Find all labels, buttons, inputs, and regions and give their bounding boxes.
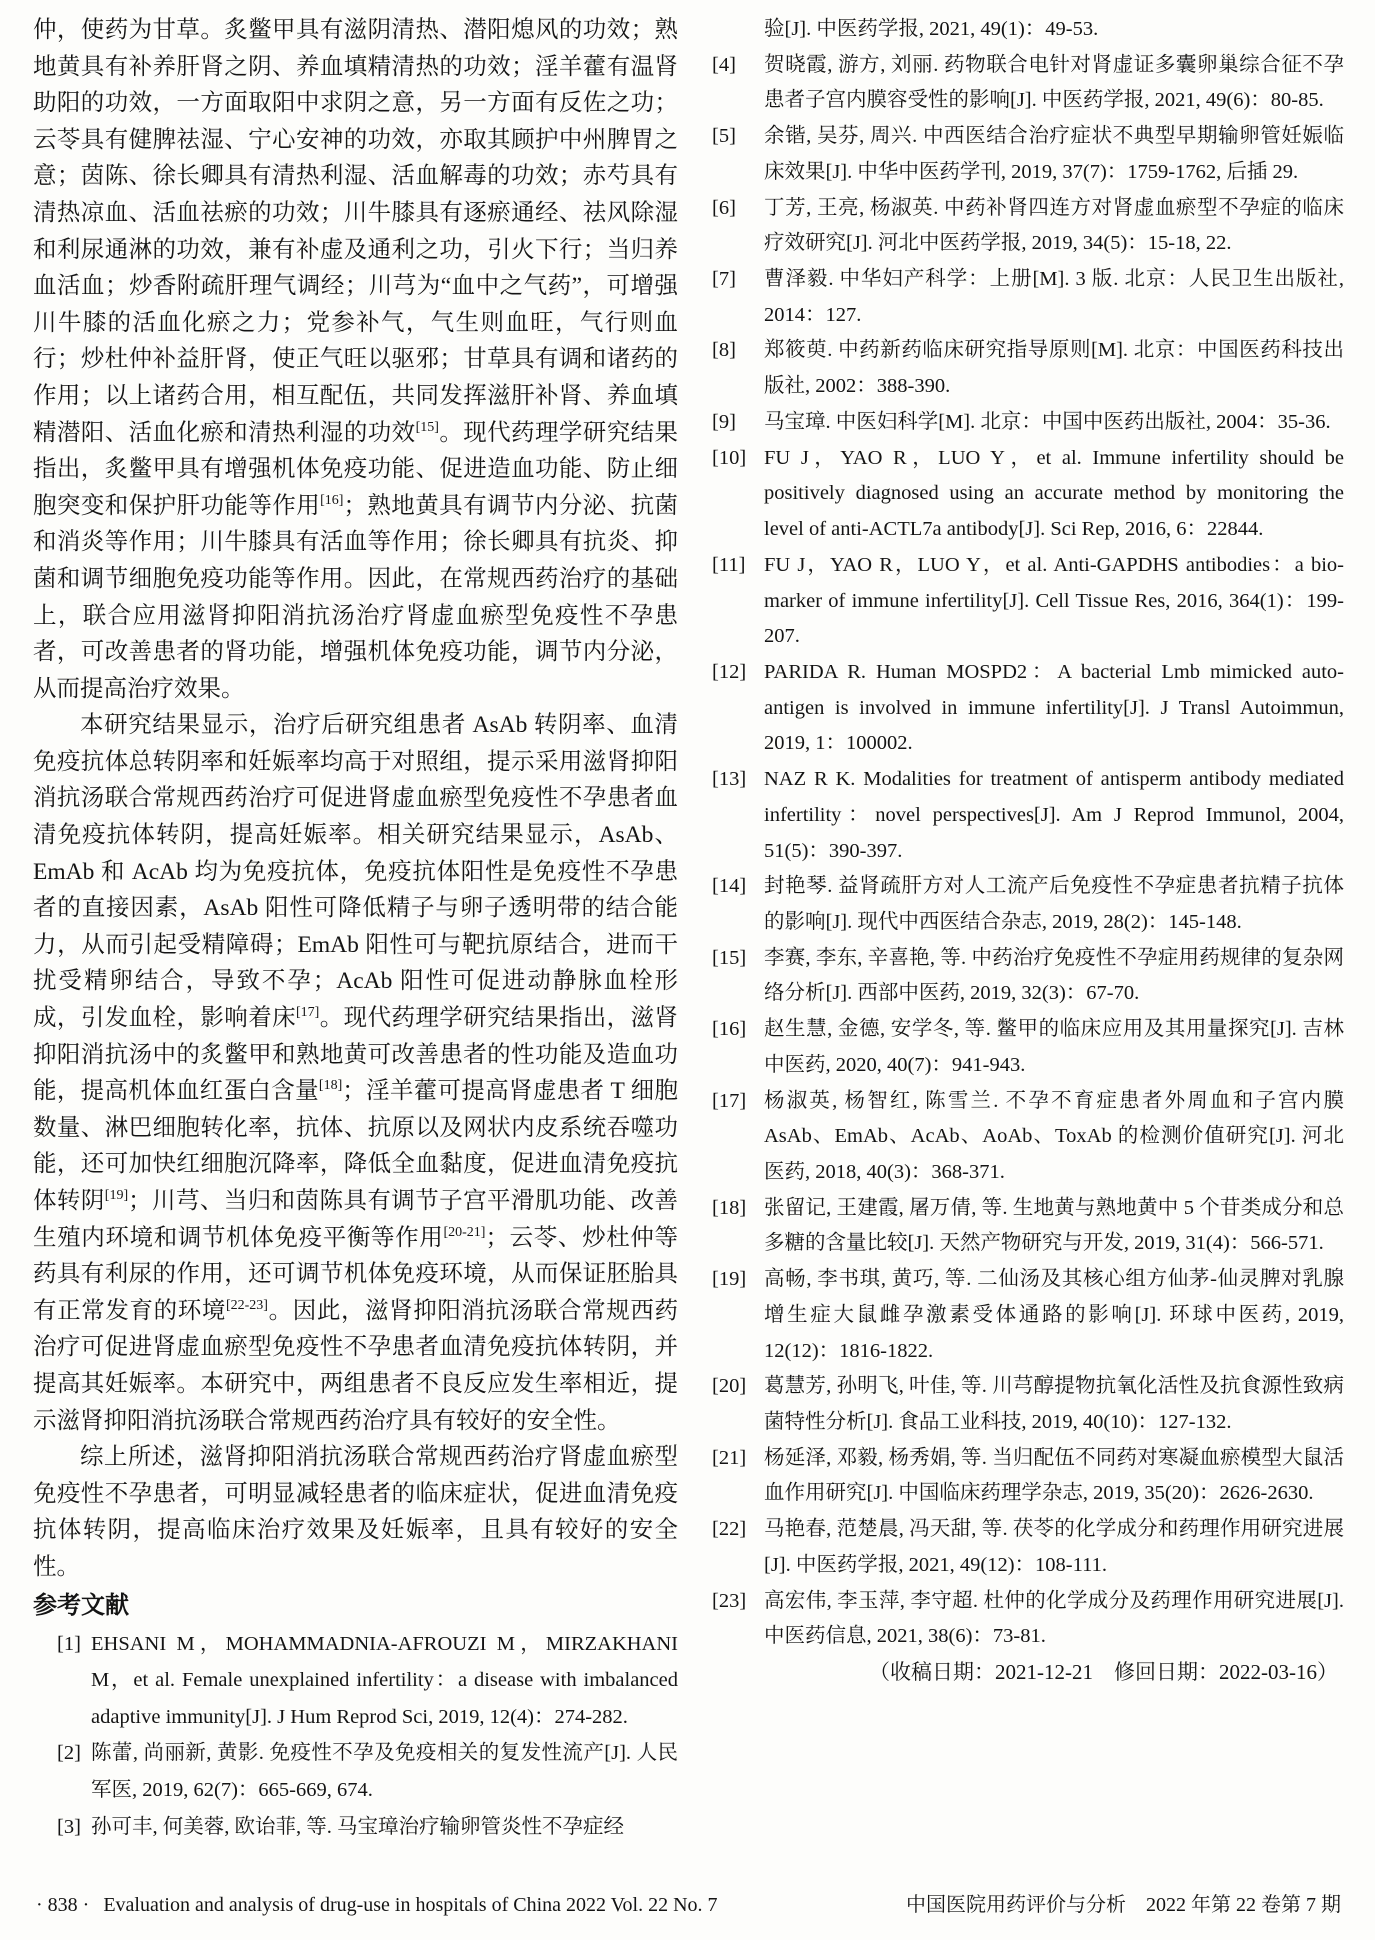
reference-number: [20] xyxy=(712,1369,764,1405)
reference-item: [11]FU J，YAO R，LUO Y，et al. Anti-GAPDHS … xyxy=(712,548,1344,655)
reference-text: 赵生慧, 金德, 安学冬, 等. 鳖甲的临床应用及其用量探究[J]. 吉林中医药… xyxy=(764,1012,1344,1083)
reference-item: [10]FU J，YAO R，LUO Y，et al. Immune infer… xyxy=(712,441,1344,548)
reference-item: [3]孙可丰, 何美蓉, 欧诒菲, 等. 马宝璋治疗输卵管炎性不孕症经 xyxy=(57,1809,678,1846)
reference-text: EHSANI M，MOHAMMADNIA-AFROUZI M，MIRZAKHAN… xyxy=(91,1626,678,1736)
reference-number: [4] xyxy=(712,48,764,84)
reference-number: [2] xyxy=(57,1735,91,1772)
reference-number: [7] xyxy=(712,262,764,298)
reference-number: [23] xyxy=(712,1584,764,1620)
reference-item: [4]贺晓霞, 游方, 刘丽. 药物联合电针对肾虚证多囊卵巢综合征不孕患者子宫内… xyxy=(712,48,1344,119)
reference-item: [22]马艳春, 范楚晨, 冯天甜, 等. 茯苓的化学成分和药理作用研究进展[J… xyxy=(712,1512,1344,1583)
reference-item: [23]高宏伟, 李玉萍, 李守超. 杜仲的化学成分及药理作用研究进展[J]. … xyxy=(712,1584,1344,1655)
discussion-text: 仲，使药为甘草。炙鳖甲具有滋阴清热、潜阳熄风的功效；熟地黄具有补养肝肾之阴、养血… xyxy=(33,12,678,1586)
reference-text: 杨淑英, 杨智红, 陈雪兰. 不孕不育症患者外周血和子宫内膜 AsAb、EmAb… xyxy=(764,1084,1344,1191)
references-header: 参考文献 xyxy=(33,1587,678,1624)
reference-item: [16]赵生慧, 金德, 安学冬, 等. 鳖甲的临床应用及其用量探究[J]. 吉… xyxy=(712,1012,1344,1083)
journal-page: 仲，使药为甘草。炙鳖甲具有滋阴清热、潜阳熄风的功效；熟地黄具有补养肝肾之阴、养血… xyxy=(0,0,1375,1940)
reference-item: [12]PARIDA R. Human MOSPD2：A bacterial L… xyxy=(712,655,1344,762)
reference-item: [15]李赛, 李东, 辛喜艳, 等. 中药治疗免疫性不孕症用药规律的复杂网络分… xyxy=(712,941,1344,1012)
paragraph: 本研究结果显示，治疗后研究组患者 AsAb 转阴率、血清免疫抗体总转阴率和妊娠率… xyxy=(33,707,678,1439)
reference-continuation: 验[J]. 中医药学报, 2021, 49(1)：49-53. xyxy=(764,12,1344,48)
reference-text: 孙可丰, 何美蓉, 欧诒菲, 等. 马宝璋治疗输卵管炎性不孕症经 xyxy=(91,1809,678,1846)
received-revised-dates: （收稿日期：2021-12-21 修回日期：2022-03-16） xyxy=(712,1655,1344,1691)
reference-number: [18] xyxy=(712,1191,764,1227)
reference-number: [21] xyxy=(712,1441,764,1477)
reference-text: 杨延泽, 邓毅, 杨秀娟, 等. 当归配伍不同药对寒凝血瘀模型大鼠活血作用研究[… xyxy=(764,1441,1344,1512)
reference-item: [1]EHSANI M，MOHAMMADNIA-AFROUZI M，MIRZAK… xyxy=(57,1626,678,1736)
reference-text: 郑筱萸. 中药新药临床研究指导原则[M]. 北京：中国医药科技出版社, 2002… xyxy=(764,333,1344,404)
reference-number: [8] xyxy=(712,333,764,369)
reference-item: 验[J]. 中医药学报, 2021, 49(1)：49-53. xyxy=(712,12,1344,48)
reference-text: FU J，YAO R，LUO Y，et al. Immune infertili… xyxy=(764,441,1344,548)
paragraph: 仲，使药为甘草。炙鳖甲具有滋阴清热、潜阳熄风的功效；熟地黄具有补养肝肾之阴、养血… xyxy=(33,12,678,707)
reference-item: [17]杨淑英, 杨智红, 陈雪兰. 不孕不育症患者外周血和子宫内膜 AsAb、… xyxy=(712,1084,1344,1191)
reference-item: [2]陈蕾, 尚丽新, 黄影. 免疫性不孕及免疫相关的复发性流产[J]. 人民军… xyxy=(57,1735,678,1808)
reference-text: 葛慧芳, 孙明飞, 叶佳, 等. 川芎醇提物抗氧化活性及抗食源性致病菌特性分析[… xyxy=(764,1369,1344,1440)
reference-item: [8]郑筱萸. 中药新药临床研究指导原则[M]. 北京：中国医药科技出版社, 2… xyxy=(712,333,1344,404)
reference-list-left: [1]EHSANI M，MOHAMMADNIA-AFROUZI M，MIRZAK… xyxy=(33,1626,678,1846)
reference-text: NAZ R K. Modalities for treatment of ant… xyxy=(764,762,1344,869)
reference-text: FU J，YAO R，LUO Y，et al. Anti-GAPDHS anti… xyxy=(764,548,1344,655)
reference-number: [1] xyxy=(57,1626,91,1663)
reference-text: 高宏伟, 李玉萍, 李守超. 杜仲的化学成分及药理作用研究进展[J]. 中医药信… xyxy=(764,1584,1344,1655)
reference-number: [3] xyxy=(57,1809,91,1846)
reference-text: 马艳春, 范楚晨, 冯天甜, 等. 茯苓的化学成分和药理作用研究进展[J]. 中… xyxy=(764,1512,1344,1583)
reference-item: [7]曹泽毅. 中华妇产科学：上册[M]. 3 版. 北京：人民卫生出版社, 2… xyxy=(712,262,1344,333)
reference-number: [10] xyxy=(712,441,764,477)
reference-number: [16] xyxy=(712,1012,764,1048)
reference-number: [6] xyxy=(712,191,764,227)
reference-text: 陈蕾, 尚丽新, 黄影. 免疫性不孕及免疫相关的复发性流产[J]. 人民军医, … xyxy=(91,1735,678,1808)
footer-left: · 838 · Evaluation and analysis of drug-… xyxy=(36,1893,718,1917)
footer-journal-cn: 中国医院用药评价与分析 2022 年第 22 卷第 7 期 xyxy=(906,1893,1341,1917)
reference-number: [13] xyxy=(712,762,764,798)
reference-item: [9]马宝璋. 中医妇科学[M]. 北京：中国中医药出版社, 2004：35-3… xyxy=(712,405,1344,441)
reference-number: [15] xyxy=(712,941,764,977)
reference-text: 丁芳, 王亮, 杨淑英. 中药补肾四连方对肾虚血瘀型不孕症的临床疗效研究[J].… xyxy=(764,191,1344,262)
reference-number: [11] xyxy=(712,548,764,584)
page-footer: · 838 · Evaluation and analysis of drug-… xyxy=(36,1893,1341,1917)
reference-text: 封艳琴. 益肾疏肝方对人工流产后免疫性不孕症患者抗精子抗体的影响[J]. 现代中… xyxy=(764,869,1344,940)
reference-number: [22] xyxy=(712,1512,764,1548)
reference-number: [17] xyxy=(712,1084,764,1120)
left-column: 仲，使药为甘草。炙鳖甲具有滋阴清热、潜阳熄风的功效；熟地黄具有补养肝肾之阴、养血… xyxy=(33,12,678,1845)
reference-text: 贺晓霞, 游方, 刘丽. 药物联合电针对肾虚证多囊卵巢综合征不孕患者子宫内膜容受… xyxy=(764,48,1344,119)
reference-number: [14] xyxy=(712,869,764,905)
page-number: · 838 · xyxy=(36,1893,89,1917)
reference-text: 高畅, 李书琪, 黄巧, 等. 二仙汤及其核心组方仙茅-仙灵脾对乳腺增生症大鼠雌… xyxy=(764,1262,1344,1369)
reference-item: [19]高畅, 李书琪, 黄巧, 等. 二仙汤及其核心组方仙茅-仙灵脾对乳腺增生… xyxy=(712,1262,1344,1369)
reference-number: [9] xyxy=(712,405,764,441)
reference-text: 李赛, 李东, 辛喜艳, 等. 中药治疗免疫性不孕症用药规律的复杂网络分析[J]… xyxy=(764,941,1344,1012)
reference-number: [12] xyxy=(712,655,764,691)
reference-list-right: 验[J]. 中医药学报, 2021, 49(1)：49-53. [4]贺晓霞, … xyxy=(712,12,1344,1655)
reference-text: 余锴, 吴芬, 周兴. 中西医结合治疗症状不典型早期输卵管妊娠临床效果[J]. … xyxy=(764,119,1344,190)
reference-text: 张留记, 王建霞, 屠万倩, 等. 生地黄与熟地黄中 5 个苷类成分和总多糖的含… xyxy=(764,1191,1344,1262)
paragraph: 综上所述，滋肾抑阳消抗汤联合常规西药治疗肾虚血瘀型免疫性不孕患者，可明显减轻患者… xyxy=(33,1439,678,1585)
reference-item: [14]封艳琴. 益肾疏肝方对人工流产后免疫性不孕症患者抗精子抗体的影响[J].… xyxy=(712,869,1344,940)
reference-item: [21]杨延泽, 邓毅, 杨秀娟, 等. 当归配伍不同药对寒凝血瘀模型大鼠活血作… xyxy=(712,1441,1344,1512)
reference-item: [6]丁芳, 王亮, 杨淑英. 中药补肾四连方对肾虚血瘀型不孕症的临床疗效研究[… xyxy=(712,191,1344,262)
reference-text: 马宝璋. 中医妇科学[M]. 北京：中国中医药出版社, 2004：35-36. xyxy=(764,405,1344,441)
reference-item: [18]张留记, 王建霞, 屠万倩, 等. 生地黄与熟地黄中 5 个苷类成分和总… xyxy=(712,1191,1344,1262)
reference-text: 曹泽毅. 中华妇产科学：上册[M]. 3 版. 北京：人民卫生出版社, 2014… xyxy=(764,262,1344,333)
reference-number: [5] xyxy=(712,119,764,155)
footer-journal-en: Evaluation and analysis of drug-use in h… xyxy=(103,1893,717,1917)
reference-item: [5]余锴, 吴芬, 周兴. 中西医结合治疗症状不典型早期输卵管妊娠临床效果[J… xyxy=(712,119,1344,190)
right-column: 验[J]. 中医药学报, 2021, 49(1)：49-53. [4]贺晓霞, … xyxy=(712,12,1344,1691)
reference-number: [19] xyxy=(712,1262,764,1298)
reference-item: [13]NAZ R K. Modalities for treatment of… xyxy=(712,762,1344,869)
reference-item: [20]葛慧芳, 孙明飞, 叶佳, 等. 川芎醇提物抗氧化活性及抗食源性致病菌特… xyxy=(712,1369,1344,1440)
reference-text: PARIDA R. Human MOSPD2：A bacterial Lmb m… xyxy=(764,655,1344,762)
